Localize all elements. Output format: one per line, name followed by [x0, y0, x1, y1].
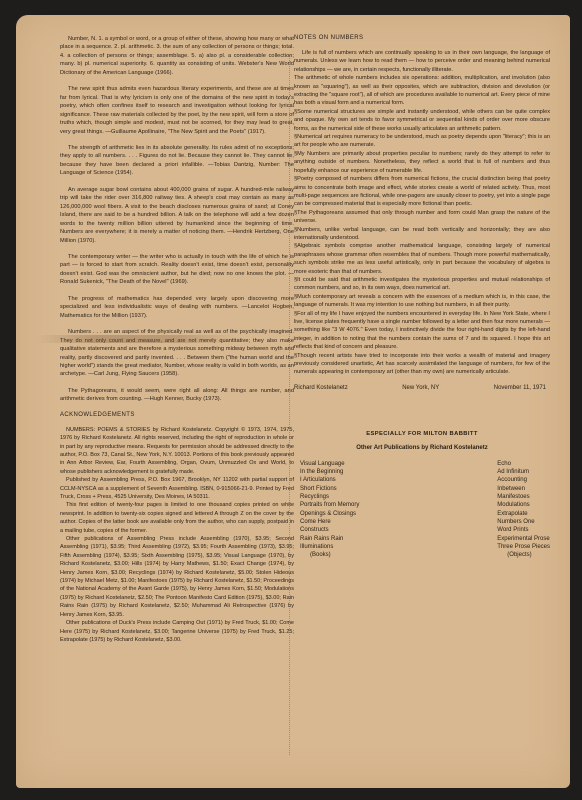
notes-paragraph: Life is full of numbers which are contin… — [294, 49, 550, 74]
paper-stain — [36, 335, 236, 343]
quote-dantzig: The strength of arithmetic lies in its a… — [60, 144, 294, 178]
object-item: Accounting — [497, 476, 550, 484]
notes-paragraph: §Numerical art requires numeracy to be u… — [294, 133, 550, 150]
books-label: (Books) — [300, 551, 359, 559]
book-item: Constructs — [300, 526, 359, 534]
notes-paragraph: §It could be said that arithmetic invest… — [294, 276, 550, 293]
book-item: Recyclings — [300, 493, 359, 501]
quote-hertzberg: An average sugar bowl contains about 400… — [60, 186, 294, 245]
copyright-notice: NUMBERS: POEMS & STORIES by Richard Kost… — [60, 426, 294, 476]
object-item: Extrapolate — [497, 510, 550, 518]
object-item: Ad Infinitum — [497, 468, 550, 476]
book-item: Rain Rains Rain — [300, 535, 359, 543]
notes-paragraph: §The Pythagoreans assumed that only thro… — [294, 209, 550, 226]
notes-paragraph: §Though recent artists have tried to inc… — [294, 352, 550, 377]
book-item: Visual Language — [300, 460, 359, 468]
book-item: In the Beginning — [300, 468, 359, 476]
object-item: Modulations — [497, 501, 550, 509]
notes-paragraph: §Numbers, unlike verbal language, can be… — [294, 226, 550, 243]
edition-notice: This first edition of twenty-four pages … — [60, 501, 294, 535]
notes-paragraph: §Much contemporary art reveals a concern… — [294, 293, 550, 310]
notes-paragraph: §Poetry composed of numbers differs from… — [294, 175, 550, 209]
ducks-press-publications: Other publications of Duck's Press inclu… — [60, 619, 294, 644]
signature-place: New York, NY — [402, 385, 439, 391]
notes-paragraph: The arithmetic of whole numbers includes… — [294, 74, 550, 108]
object-item: Echo — [497, 460, 550, 468]
quote-hogben: The progress of mathematics has depended… — [60, 295, 294, 320]
object-item: Inbetween — [497, 485, 550, 493]
object-item: Experimental Prose — [497, 535, 550, 543]
quote-apollinaire: The new spirit thus admits even hazardou… — [60, 85, 294, 136]
dedication-heading: Especially for Milton Babbitt — [294, 431, 550, 437]
dictionary-definition: Number, N. 1. a symbol or word, or a gro… — [60, 35, 294, 77]
objects-label: (Objects) — [497, 551, 550, 559]
author-name: Richard Kostelanetz — [294, 385, 348, 391]
notes-paragraph: §For all of my life I have enjoyed the n… — [294, 310, 550, 352]
notes-paragraph: §Some numerical structures are simple an… — [294, 108, 550, 133]
publications-heading: Other Art Publications by Richard Kostel… — [294, 445, 550, 451]
publisher-notice: Published by Assembling Press, P.O. Box … — [60, 476, 294, 501]
object-item: Word Prints — [497, 526, 550, 534]
book-item: Illuminations — [300, 543, 359, 551]
document-page: Number, N. 1. a symbol or word, or a gro… — [16, 15, 570, 788]
quote-sukenick: The contemporary writer — the writer who… — [60, 253, 294, 287]
object-item: Numbers One — [497, 518, 550, 526]
right-column: Notes on Numbers Life is full of numbers… — [294, 35, 550, 559]
object-item: Manifestoes — [497, 493, 550, 501]
acknowledgements-heading: Acknowledgements — [60, 412, 294, 418]
signature-line: Richard Kostelanetz New York, NY Novembe… — [294, 385, 550, 391]
book-item: Portraits from Memory — [300, 501, 359, 509]
notes-paragraph: §My Numbers are primarily about properti… — [294, 150, 550, 175]
signature-date: November 11, 1971 — [494, 385, 546, 391]
publications-lists: Visual Language In the Beginning I Artic… — [294, 460, 550, 560]
book-item: I Articulations — [300, 476, 359, 484]
book-item: Short Fictions — [300, 485, 359, 493]
notes-paragraph: §Algebraic symbols comprise another math… — [294, 242, 550, 276]
quote-kenner: The Pythagoreans, it would seem, were ri… — [60, 387, 294, 404]
notes-heading: Notes on Numbers — [294, 35, 550, 41]
objects-list: Echo Ad Infinitum Accounting Inbetween M… — [497, 460, 550, 560]
assembling-press-publications: Other publications of Assembling Press i… — [60, 535, 294, 619]
book-item: Openings & Closings — [300, 510, 359, 518]
books-list: Visual Language In the Beginning I Artic… — [300, 460, 359, 560]
book-item: Come Here — [300, 518, 359, 526]
object-item: Three Prose Pieces — [497, 543, 550, 551]
